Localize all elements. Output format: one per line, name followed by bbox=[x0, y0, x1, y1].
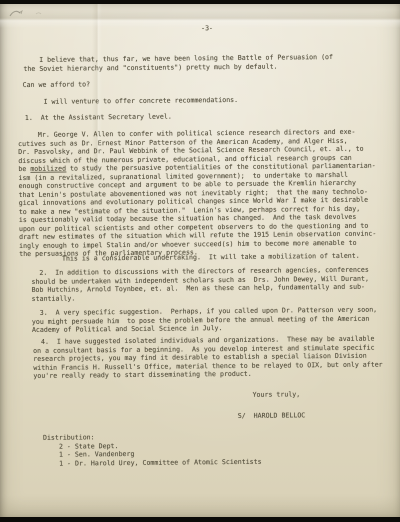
considerable-line: This is a considerable undertaking. It w… bbox=[26, 252, 360, 264]
item2-paragraph: 2. In addition to discussions with the d… bbox=[31, 266, 369, 303]
scanned-letter-page: -3- I believe that, thus far, we have be… bbox=[0, 0, 400, 522]
item3-paragraph: 3. A very specific suggestion. Perhaps, … bbox=[32, 306, 378, 335]
signature-line: S/ HAROLD BELLOC bbox=[238, 411, 306, 420]
paper: -3- I believe that, thus far, we have be… bbox=[0, 4, 400, 517]
allen-paragraph: Mr. George V. Allen to confer with polit… bbox=[18, 128, 376, 259]
pencil-mark-icon bbox=[6, 7, 46, 21]
closing-line: Yours truly, bbox=[253, 390, 301, 399]
item4-paragraph: 4. I have suggested isolated individuals… bbox=[33, 335, 383, 381]
intro-paragraph: I believe that, thus far, we have been l… bbox=[23, 53, 333, 73]
page-number: -3- bbox=[0, 22, 400, 34]
venture-line: I will venture to offer concrete recomme… bbox=[24, 96, 238, 107]
afford-question: Can we afford to? bbox=[23, 80, 91, 89]
scan-edge-top bbox=[0, 0, 400, 4]
distribution-list: Distribution: 2 - State Dept. 1 - Sen. V… bbox=[43, 432, 262, 468]
letter-body: -3- I believe that, thus far, we have be… bbox=[0, 0, 400, 517]
scan-edge-bottom bbox=[0, 517, 400, 522]
item1-heading: 1. At the Assistant Secretary level. bbox=[25, 113, 172, 123]
